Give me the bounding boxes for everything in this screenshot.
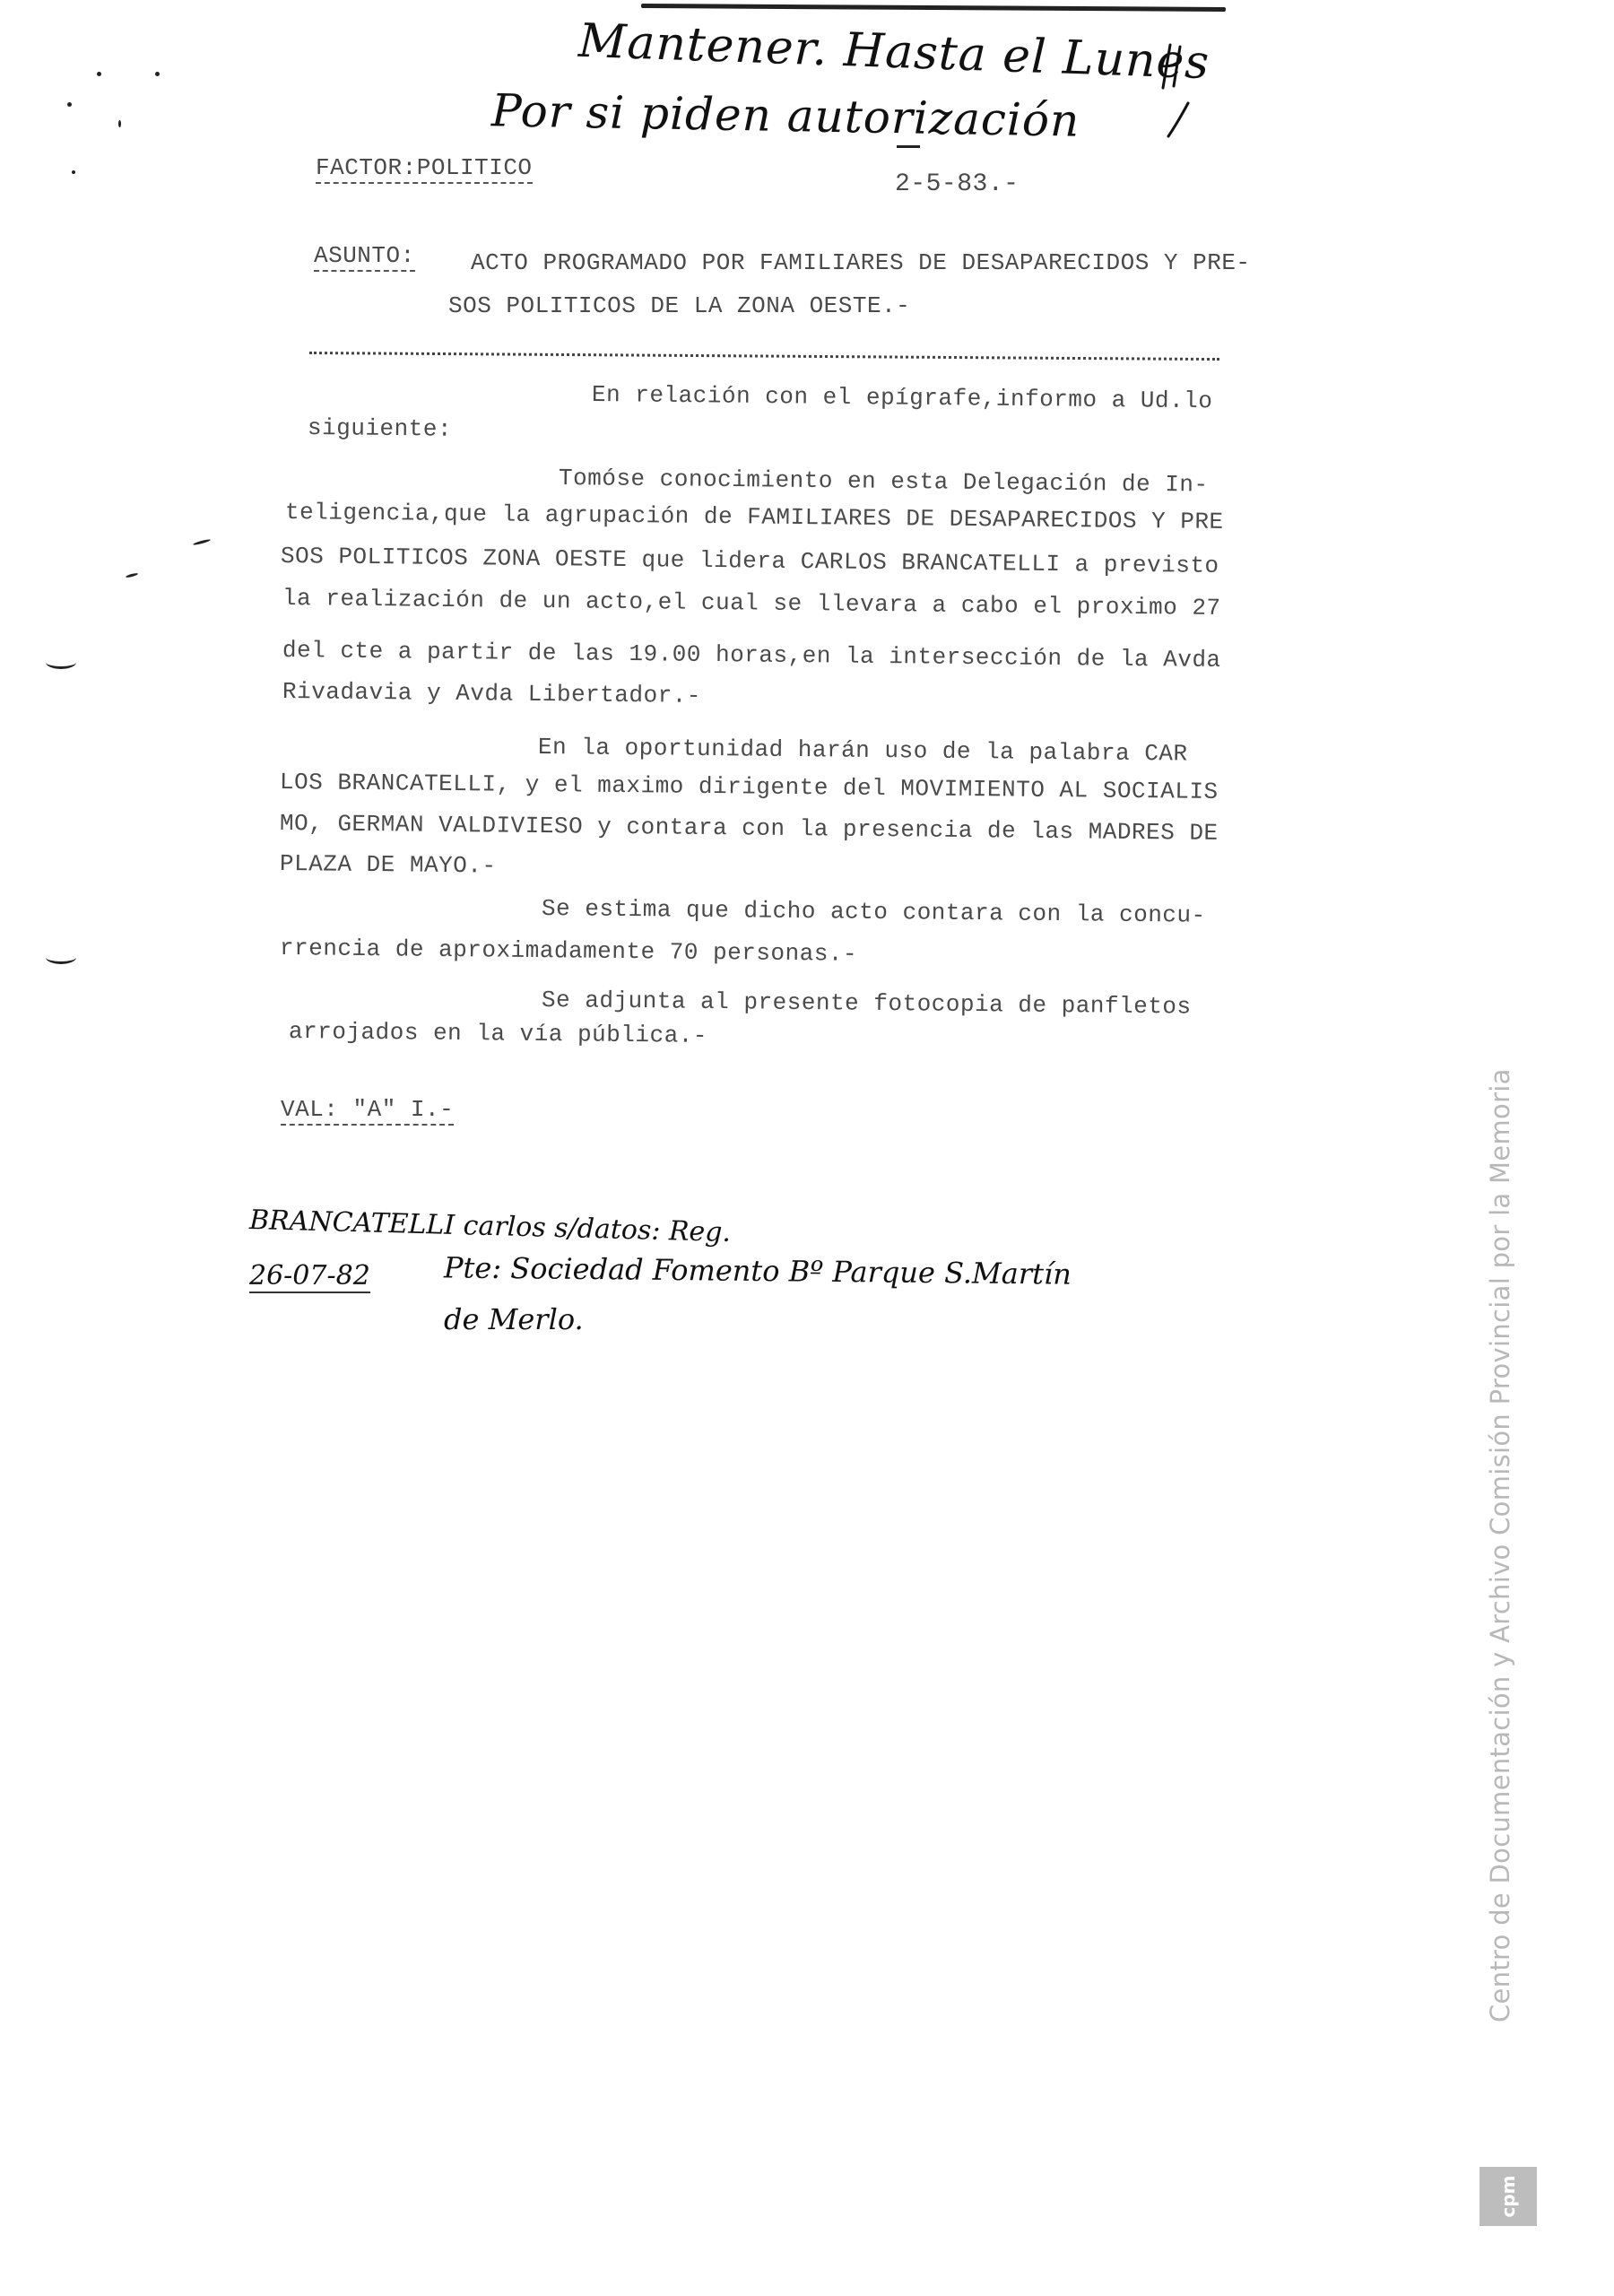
photocopy-speck bbox=[155, 72, 160, 76]
margin-hole-mark bbox=[46, 951, 76, 964]
photocopy-speck bbox=[126, 572, 138, 578]
photocopy-speck bbox=[97, 72, 101, 76]
body-line: Se adjunta al presente fotocopia de panf… bbox=[542, 987, 1192, 1021]
subject-line-2: SOS POLITICOS DE LA ZONA OESTE.- bbox=[448, 292, 910, 319]
photocopy-speck bbox=[193, 538, 211, 545]
dashed-separator bbox=[309, 352, 1219, 361]
handwritten-footer-line-2: Pte: Sociedad Fomento Bº Parque S.Martín bbox=[444, 1250, 1072, 1291]
handwritten-note-line-2: Por si piden autorización bbox=[491, 84, 1080, 146]
cpm-logo-text: cpm bbox=[1497, 2175, 1519, 2217]
margin-hole-mark bbox=[46, 656, 76, 669]
photocopy-speck bbox=[118, 120, 121, 127]
body-line: del cte a partir de las 19.00 horas,en l… bbox=[282, 637, 1221, 674]
handwritten-footer-line-1: BRANCATELLI carlos s/datos: Reg. bbox=[249, 1205, 732, 1248]
body-line: En relación con el epígrafe,informo a Ud… bbox=[592, 381, 1213, 414]
handwritten-note-line-1: Mantener. Hasta el Lunes bbox=[577, 14, 1210, 91]
body-line: la realización de un acto,el cual se lle… bbox=[282, 585, 1221, 622]
photocopy-top-edge bbox=[641, 4, 1226, 12]
photocopy-speck bbox=[67, 102, 72, 107]
handwritten-check-mark-icon bbox=[1150, 36, 1204, 143]
document-date: 2-5-83.- bbox=[895, 170, 1019, 198]
handwritten-footer-line-3: de Merlo. bbox=[444, 1302, 584, 1336]
body-line: PLAZA DE MAYO.- bbox=[280, 850, 497, 880]
factor-label: FACTOR:POLITICO bbox=[316, 154, 533, 181]
body-line: En la oportunidad harán uso de la palabr… bbox=[538, 734, 1188, 768]
archive-watermark: Centro de Documentación y Archivo Comisi… bbox=[1485, 1068, 1515, 2022]
body-line: SOS POLITICOS ZONA OESTE que lidera CARL… bbox=[281, 543, 1219, 579]
body-line: MO, GERMAN VALDIVIESO y contara con la p… bbox=[280, 810, 1219, 847]
cpm-logo: cpm bbox=[1479, 2167, 1537, 2226]
body-line: arrojados en la vía pública.- bbox=[289, 1018, 707, 1049]
body-line: teligencia,que la agrupación de FAMILIAR… bbox=[285, 499, 1224, 535]
handwritten-underline bbox=[897, 145, 920, 148]
valuation-code: VAL: "A" I.- bbox=[281, 1096, 454, 1123]
body-line: Se estima que dicho acto contara con la … bbox=[542, 895, 1206, 929]
handwritten-footer-date: 26-07-82 bbox=[249, 1260, 370, 1293]
photocopy-speck bbox=[72, 170, 75, 174]
body-line: siguiente: bbox=[308, 414, 452, 443]
body-line: Rivadavia y Avda Libertador.- bbox=[282, 678, 701, 709]
subject-label: ASUNTO: bbox=[314, 242, 415, 269]
body-line: Tomóse conocimiento en esta Delegación d… bbox=[559, 465, 1209, 499]
subject-line-1: ACTO PROGRAMADO POR FAMILIARES DE DESAPA… bbox=[471, 249, 1251, 276]
body-line: LOS BRANCATELLI, y el maximo dirigente d… bbox=[280, 769, 1219, 805]
body-line: rrencia de aproximadamente 70 personas.- bbox=[280, 935, 857, 968]
